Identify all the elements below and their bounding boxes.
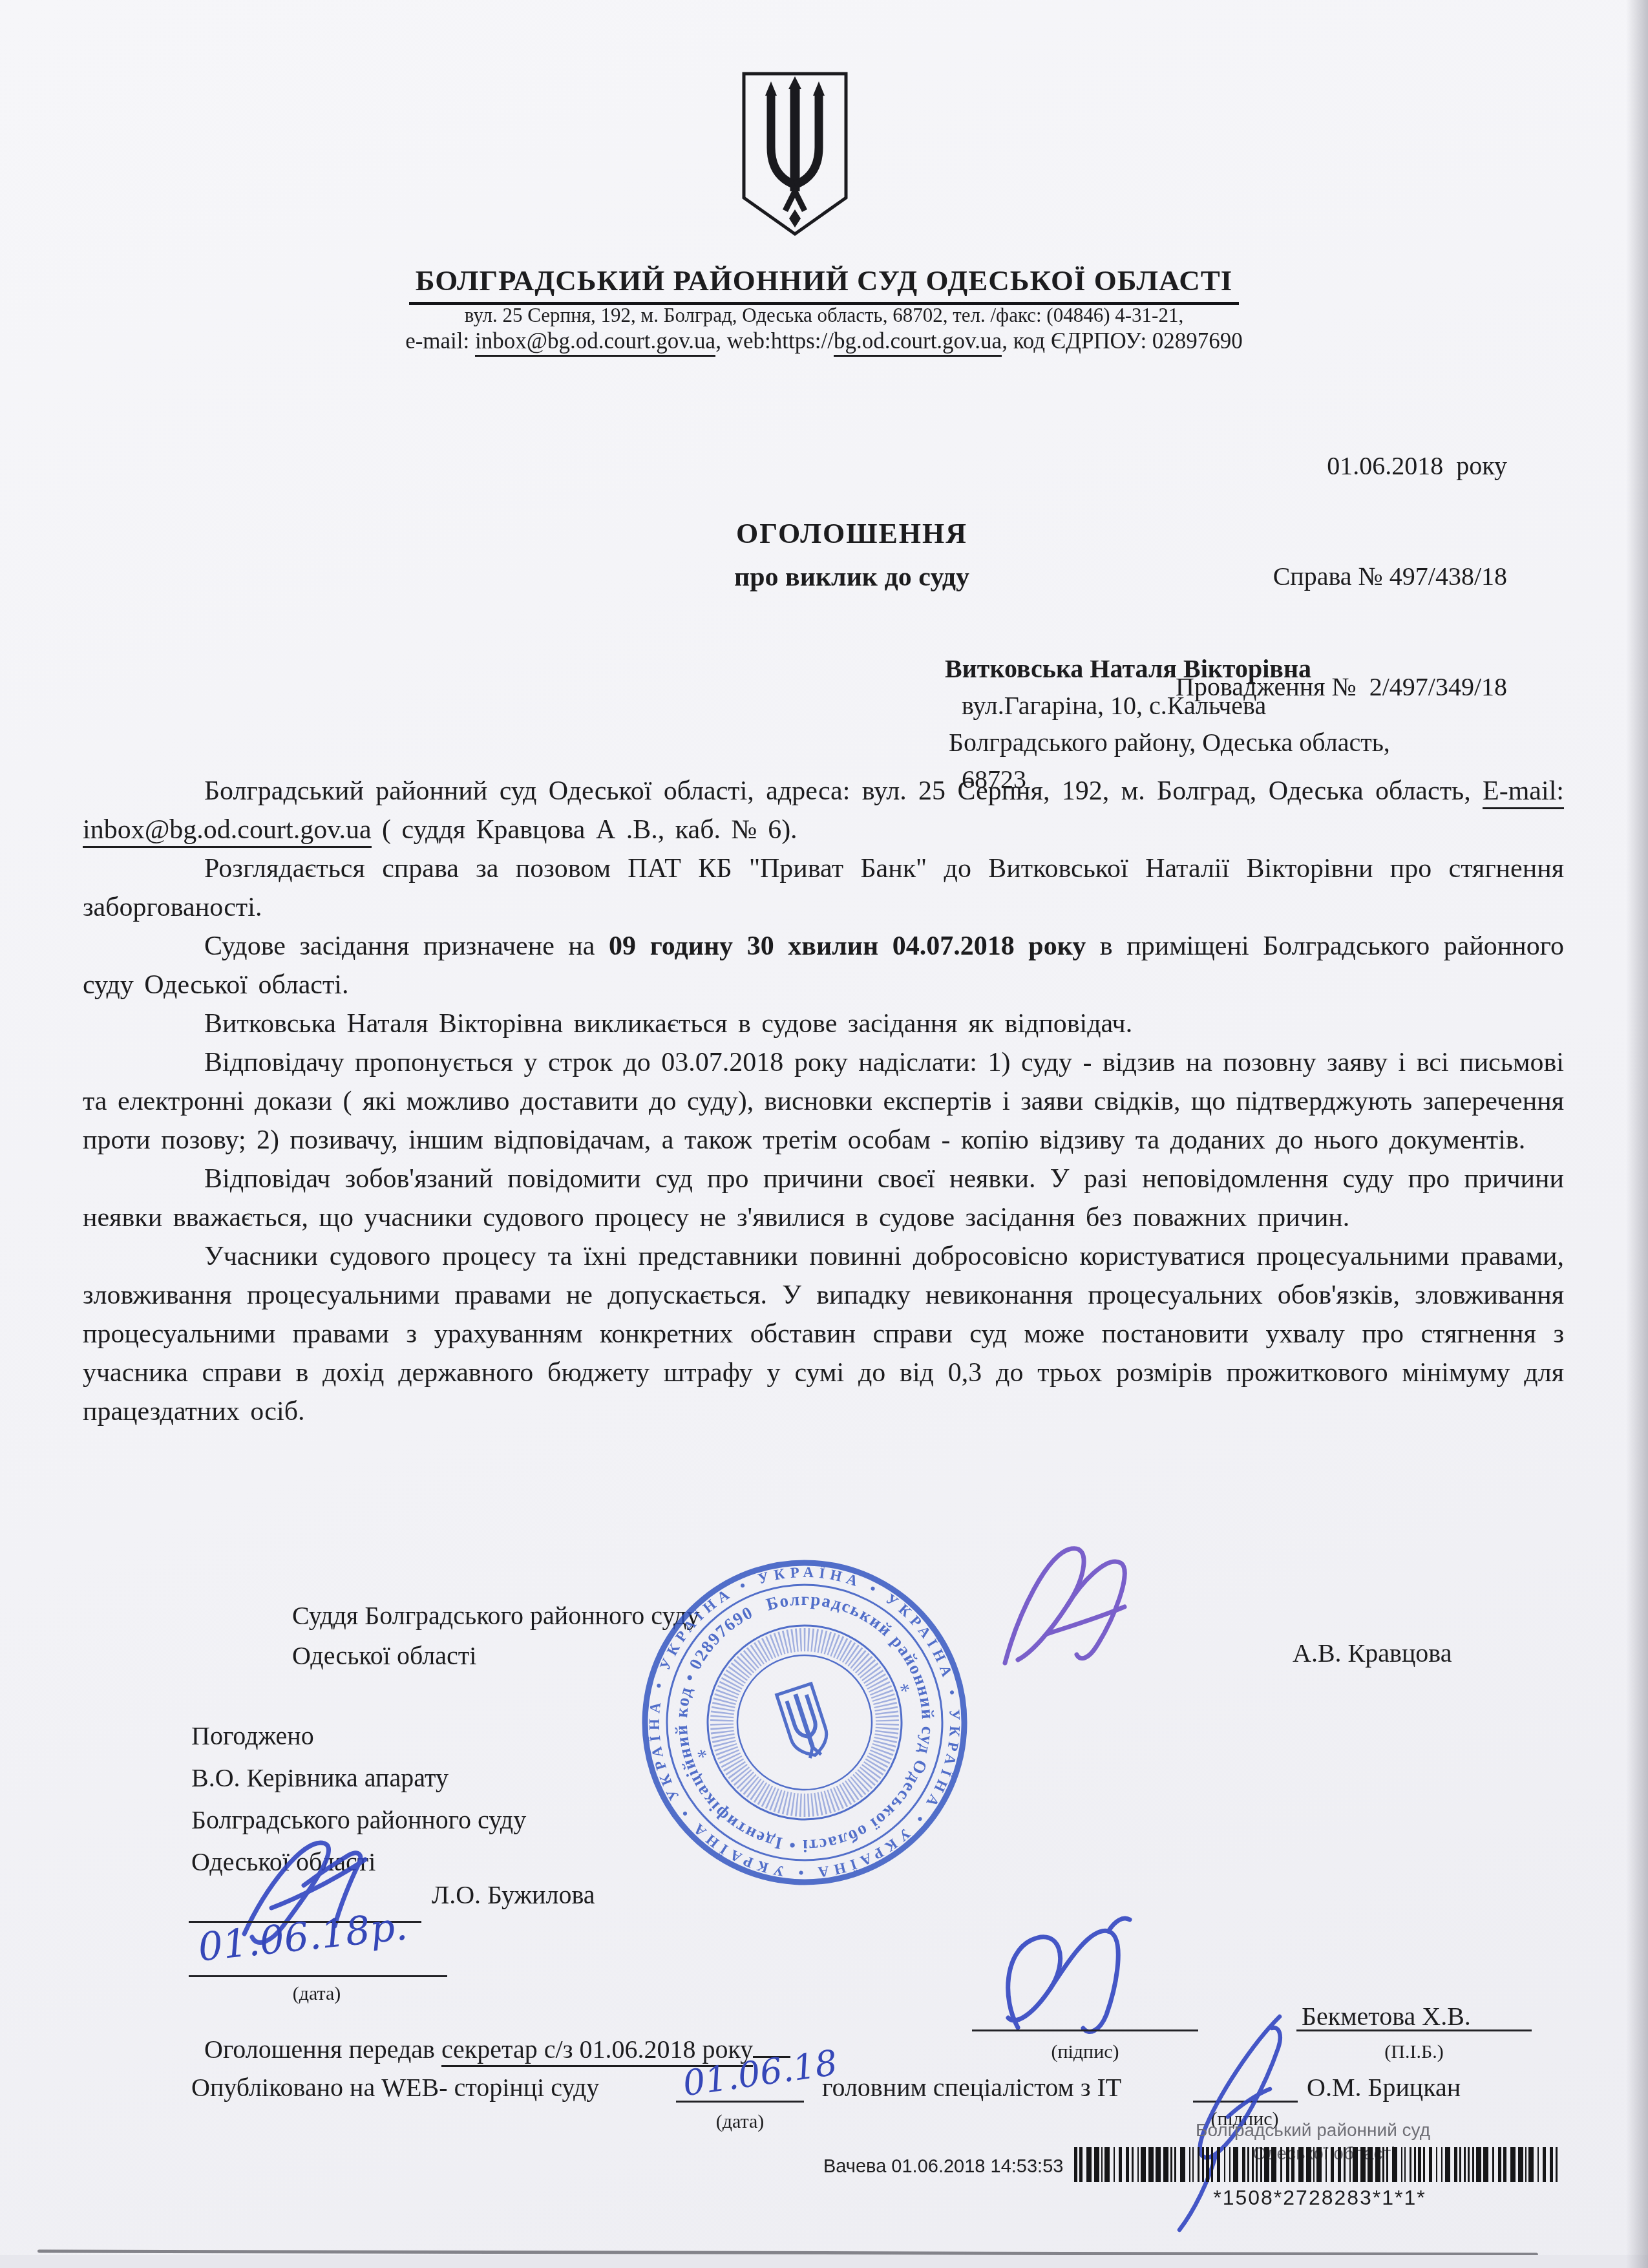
body-text: Болградський районний суд Одеської облас…: [83, 772, 1564, 1431]
paragraph-case-subject: Розглядається справа за позовом ПАТ КБ "…: [83, 849, 1564, 927]
title-subheading: про виклик до суду: [56, 562, 1648, 593]
paragraph-response-deadline: Відповідачу пропонується у строк до 03.0…: [83, 1043, 1564, 1160]
court-address-line: вул. 25 Серпня, 192, м. Болград, Одеська…: [0, 304, 1648, 327]
publication-date-line: [676, 2101, 804, 2103]
paragraph-court-address: Болградський районний суд Одеської облас…: [83, 772, 1564, 849]
page-title: ОГОЛОШЕННЯ про виклик до суду: [0, 517, 1648, 593]
publication-by-label: головним спеціалістом з ІТ: [822, 2072, 1121, 2103]
title-heading: ОГОЛОШЕННЯ: [56, 517, 1648, 550]
recipient-name: Витковська Наталя Вікторівна: [945, 650, 1390, 687]
scan-bottom-margin: [0, 2255, 1648, 2268]
footer-ghost-court-line1: Болградський районний суд: [1196, 2120, 1430, 2141]
approval-label: Погоджено: [191, 1721, 314, 1751]
scanned-court-document: { "page": { "kind": "scanned court summo…: [0, 0, 1648, 2268]
approval-date-caption: (дата): [213, 1983, 420, 2005]
court-contact-line: e-mail: inbox@bg.od.court.gov.ua, web:ht…: [0, 328, 1648, 354]
handover-signature-icon: [956, 1908, 1176, 2057]
paragraph-summons: Витковська Наталя Вікторівна викликаєтьс…: [83, 1004, 1564, 1043]
scan-operator-timestamp: Вачева 01.06.2018 14:53:53: [823, 2156, 1063, 2178]
handover-line: Оголошення передав секретар с/з 01.06.20…: [191, 2004, 790, 2064]
publication-date-caption: (дата): [676, 2111, 804, 2133]
barcode-icon: [1074, 2147, 1565, 2182]
document-date: 01.06.2018 року: [1176, 447, 1507, 484]
judge-signature-icon: [969, 1531, 1163, 1686]
court-name: БОЛГРАДСЬКИЙ РАЙОННИЙ СУД ОДЕСЬКОЇ ОБЛАС…: [409, 264, 1239, 305]
recipient-address-line2: Болградського району, Одеська область,: [949, 724, 1390, 761]
approval-date-line: [189, 1975, 447, 1977]
barcode-text: *1508*2728283*1*1*: [1074, 2186, 1565, 2210]
judge-name: А.В. Кравцова: [1293, 1638, 1452, 1668]
paragraph-absence-notice: Відповідач зобов'язаний повідомити суд п…: [83, 1160, 1564, 1237]
handover-label: Оголошення передав: [204, 2035, 441, 2064]
approval-line1: В.О. Керівника апарату: [191, 1763, 449, 1793]
paragraph-procedural-duties: Учасники судового процесу та їхні предст…: [83, 1237, 1564, 1431]
ukraine-trident-emblem-icon: [740, 71, 850, 239]
header: БОЛГРАДСЬКИЙ РАЙОННИЙ СУД ОДЕСЬКОЇ ОБЛАС…: [0, 264, 1648, 305]
paragraph-hearing-datetime: Судове засідання призначене на 09 годину…: [83, 927, 1564, 1004]
round-court-seal-icon: УКРАЇНА • УКРАЇНА • УКРАЇНА • УКРАЇНА • …: [637, 1554, 973, 1891]
judge-title-line2: Одеської області: [292, 1640, 476, 1671]
approval-name: Л.О. Бужилова: [432, 1880, 595, 1910]
scan-right-edge: [1626, 0, 1648, 2268]
recipient-address-line1: вул.Гагаріна, 10, с.Кальчева: [962, 687, 1390, 724]
publication-label: Опубліковано на WEB- сторінці суду: [191, 2072, 599, 2103]
